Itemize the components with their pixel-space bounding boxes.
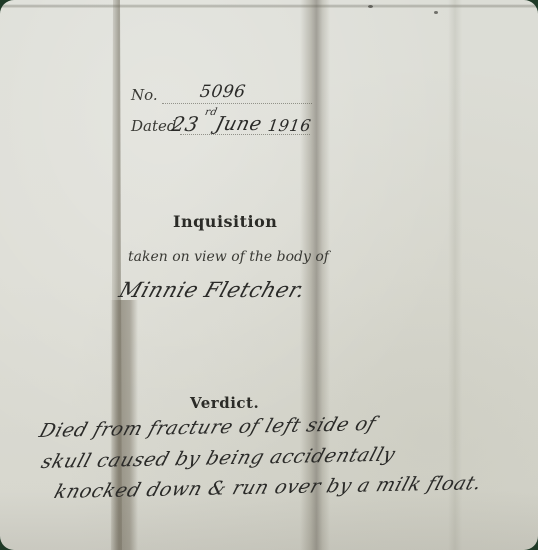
ink-speck [434, 11, 438, 14]
taken-on-view-text: taken on view of the body of [128, 249, 329, 265]
center-fold-line [300, 0, 330, 550]
horizontal-fold-line [0, 4, 538, 8]
inquisition-heading: Inquisition [173, 212, 277, 231]
date-day: 23 [169, 112, 201, 136]
verdict-line-2: skull caused by being accidentally [39, 444, 399, 473]
date-year: 1916 [267, 116, 313, 135]
document-page: No. 5096 Dated 23 rd June 1916 Inquisiti… [0, 0, 538, 550]
ink-speck [368, 5, 373, 8]
number-dotted-line [162, 103, 312, 104]
deceased-name: Minnie Fletcher. [116, 278, 309, 302]
right-fold-line [448, 0, 462, 550]
verdict-line-1: Died from fracture of left side of [37, 413, 379, 442]
number-label: No. [131, 86, 158, 104]
verdict-line-3: knocked down & run over by a milk float. [52, 472, 485, 503]
date-day-suffix: rd [204, 107, 219, 118]
verdict-heading: Verdict. [190, 394, 259, 412]
record-number: 5096 [199, 82, 247, 102]
date-month: June [213, 113, 264, 135]
